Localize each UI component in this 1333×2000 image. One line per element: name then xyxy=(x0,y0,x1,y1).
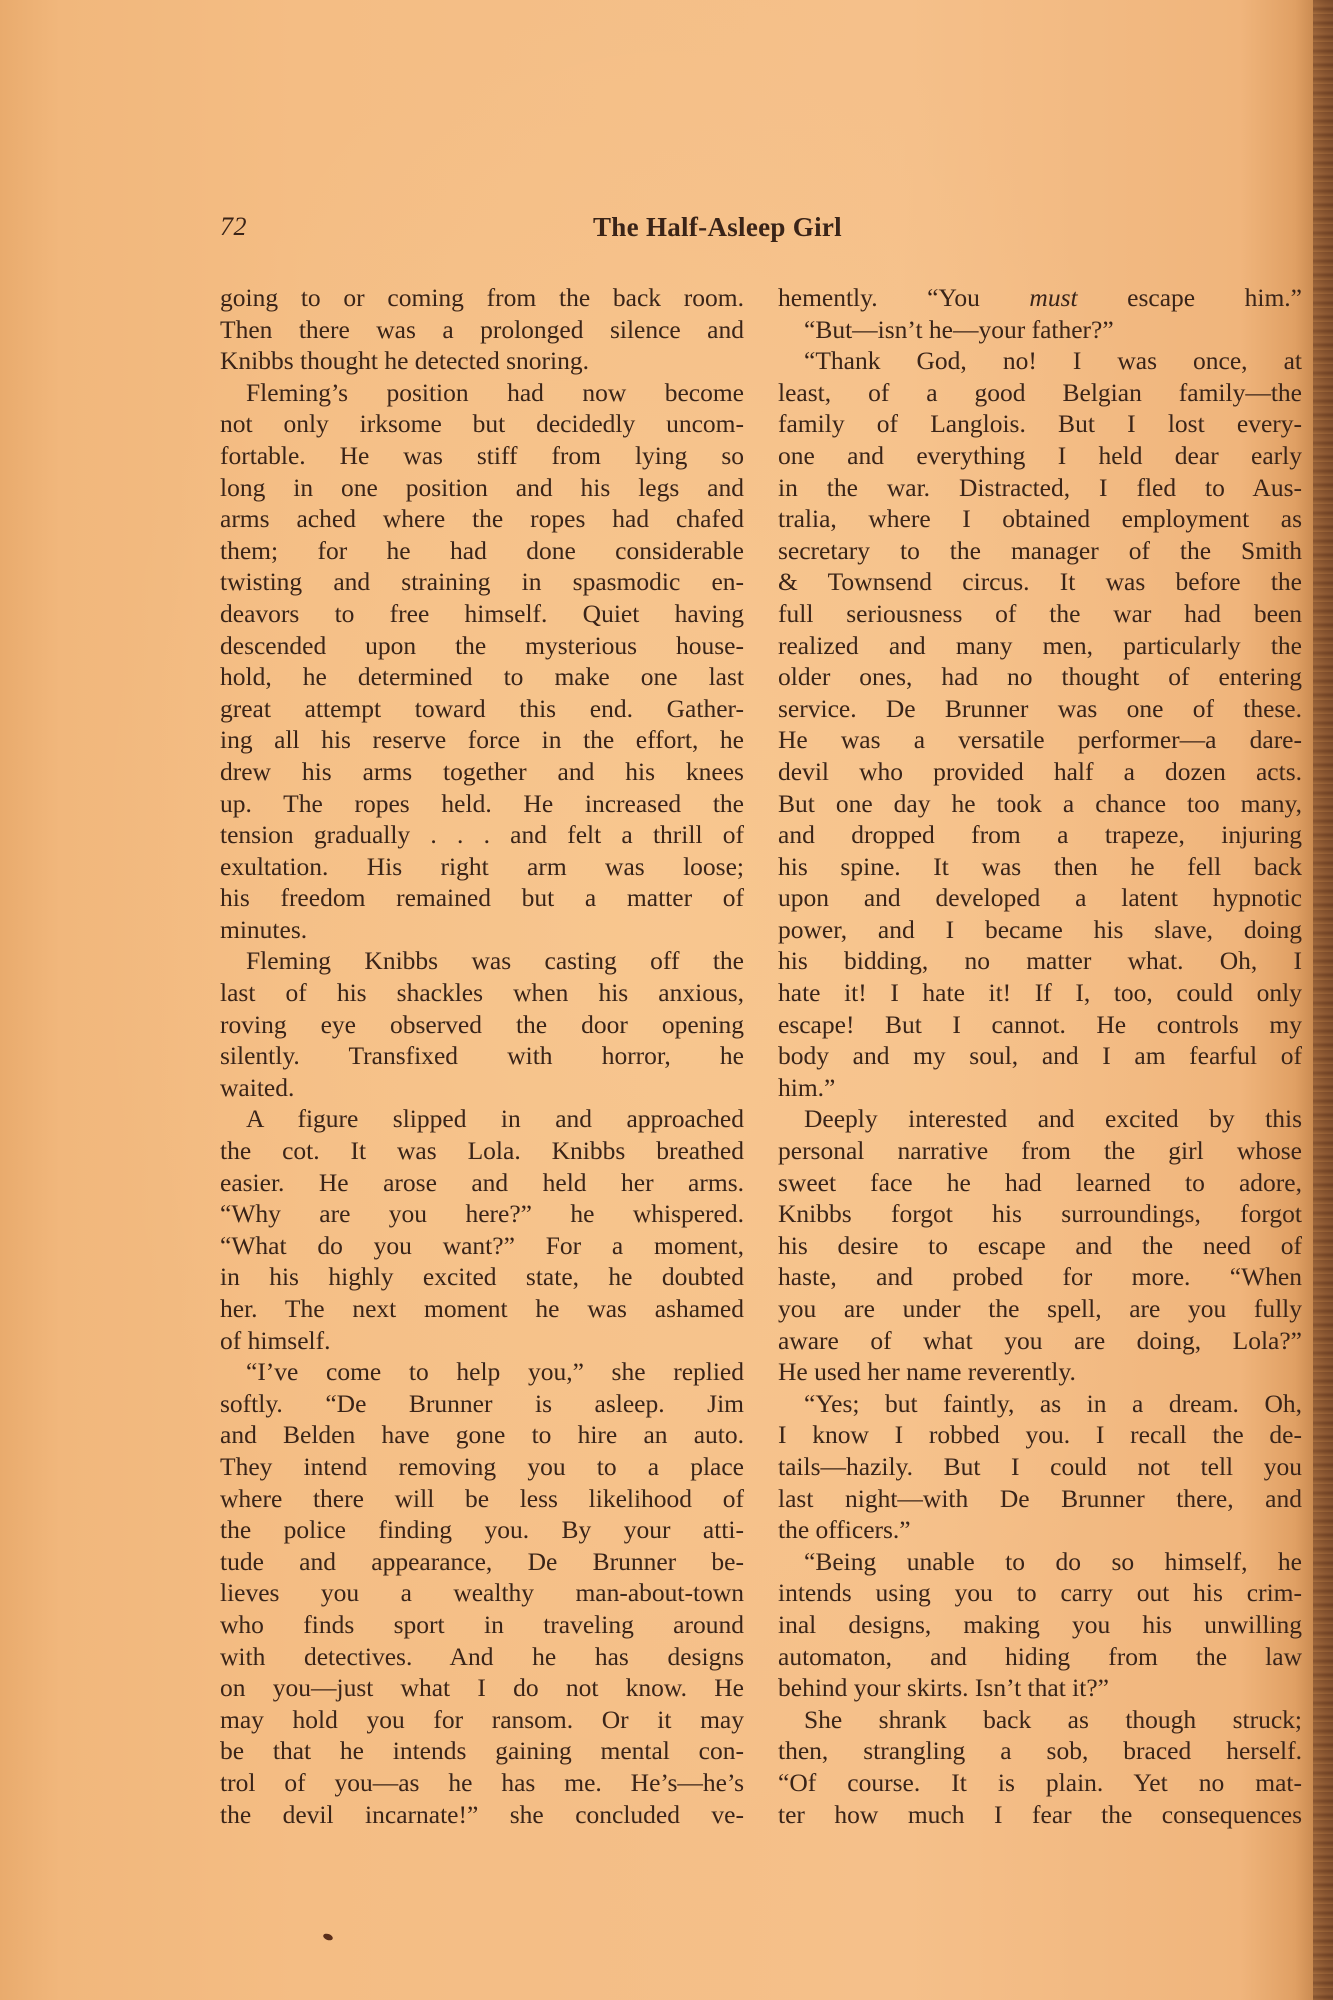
text-line: family of Langlois. But I lost every- xyxy=(778,408,1302,440)
running-header: 72 The Half-Asleep Girl xyxy=(220,212,1302,246)
text-line: “But—isn’t he—your father?” xyxy=(778,314,1302,346)
right-text-column: hemently. “You must escape him.” “But—is… xyxy=(778,282,1302,1830)
text-line: in his highly excited state, he doubted xyxy=(220,1261,744,1293)
text-line: with detectives. And he has designs xyxy=(220,1641,744,1673)
text-line: deavors to free himself. Quiet having xyxy=(220,598,744,630)
page-number: 72 xyxy=(220,212,247,242)
text-line: Deeply interested and excited by this xyxy=(778,1103,1302,1135)
text-line: them; for he had done considerable xyxy=(220,535,744,567)
text-line: & Townsend circus. It was before the xyxy=(778,566,1302,598)
text-line: least, of a good Belgian family—the xyxy=(778,377,1302,409)
text-line: her. The next moment he was ashamed xyxy=(220,1293,744,1325)
text-line: his freedom remained but a matter of xyxy=(220,882,744,914)
text-line: exultation. His right arm was loose; xyxy=(220,851,744,883)
text-line: ter how much I fear the consequences xyxy=(778,1799,1302,1831)
text-line: escape! But I cannot. He controls my xyxy=(778,1009,1302,1041)
text-line: who finds sport in traveling around xyxy=(220,1609,744,1641)
text-line: arms ached where the ropes had chafed xyxy=(220,503,744,535)
text-line: the devil incarnate!” she concluded ve- xyxy=(220,1799,744,1831)
text-line: on you—just what I do not know. He xyxy=(220,1672,744,1704)
text-line: hate it! I hate it! If I, too, could onl… xyxy=(778,977,1302,1009)
text-line: last night—with De Brunner there, and xyxy=(778,1483,1302,1515)
text-line: “What do you want?” For a moment, xyxy=(220,1230,744,1262)
text-line: of himself. xyxy=(220,1325,744,1357)
text-line: service. De Brunner was one of these. xyxy=(778,693,1302,725)
text-line: “Yes; but faintly, as in a dream. Oh, xyxy=(778,1388,1302,1420)
book-spine-edge xyxy=(1313,0,1333,2000)
left-text-column: going to or coming from the back room.Th… xyxy=(220,282,744,1830)
text-line: “Being unable to do so himself, he xyxy=(778,1546,1302,1578)
text-line: A figure slipped in and approached xyxy=(220,1103,744,1135)
text-line: tude and appearance, De Brunner be- xyxy=(220,1546,744,1578)
text-line: and dropped from a trapeze, injuring xyxy=(778,819,1302,851)
text-line: roving eye observed the door opening xyxy=(220,1009,744,1041)
text-line: twisting and straining in spasmodic en- xyxy=(220,566,744,598)
text-line: waited. xyxy=(220,1072,744,1104)
text-line: fortable. He was stiff from lying so xyxy=(220,440,744,472)
text-line: older ones, had no thought of entering xyxy=(778,661,1302,693)
text-line: full seriousness of the war had been xyxy=(778,598,1302,630)
text-line: ing all his reserve force in the effort,… xyxy=(220,724,744,756)
text-line: devil who provided half a dozen acts. xyxy=(778,756,1302,788)
text-line: drew his arms together and his knees xyxy=(220,756,744,788)
text-line: tension gradually . . . and felt a thril… xyxy=(220,819,744,851)
text-line: tails—hazily. But I could not tell you xyxy=(778,1451,1302,1483)
text-fragment: hemently. “You xyxy=(778,283,1029,312)
text-line: hemently. “You must escape him.” xyxy=(778,282,1302,314)
text-line: intends using you to carry out his crim- xyxy=(778,1577,1302,1609)
text-line: and Belden have gone to hire an auto. xyxy=(220,1419,744,1451)
text-line: trol of you—as he has me. He’s—he’s xyxy=(220,1767,744,1799)
text-line: where there will be less likelihood of xyxy=(220,1483,744,1515)
text-line: She shrank back as though struck; xyxy=(778,1704,1302,1736)
text-line: “I’ve come to help you,” she replied xyxy=(220,1356,744,1388)
text-fragment: escape him.” xyxy=(1078,283,1302,312)
text-line: Fleming’s position had now become xyxy=(220,377,744,409)
text-line: He was a versatile performer—a dare- xyxy=(778,724,1302,756)
text-line: Then there was a prolonged silence and xyxy=(220,314,744,346)
text-line: Fleming Knibbs was casting off the xyxy=(220,945,744,977)
text-line: his bidding, no matter what. Oh, I xyxy=(778,945,1302,977)
text-line: “Thank God, no! I was once, at xyxy=(778,345,1302,377)
text-line: great attempt toward this end. Gather- xyxy=(220,693,744,725)
text-line: upon and developed a latent hypnotic xyxy=(778,882,1302,914)
text-line: silently. Transfixed with horror, he xyxy=(220,1040,744,1072)
text-line: going to or coming from the back room. xyxy=(220,282,744,314)
text-line: personal narrative from the girl whose xyxy=(778,1135,1302,1167)
text-line: the cot. It was Lola. Knibbs breathed xyxy=(220,1135,744,1167)
text-line: not only irksome but decidedly uncom- xyxy=(220,408,744,440)
text-line: body and my soul, and I am fearful of xyxy=(778,1040,1302,1072)
text-line: sweet face he had learned to adore, xyxy=(778,1167,1302,1199)
text-line: hold, he determined to make one last xyxy=(220,661,744,693)
text-line: his spine. It was then he fell back xyxy=(778,851,1302,883)
text-line: Knibbs forgot his surroundings, forgot xyxy=(778,1198,1302,1230)
text-line: They intend removing you to a place xyxy=(220,1451,744,1483)
text-line: “Why are you here?” he whispered. xyxy=(220,1198,744,1230)
text-line: He used her name reverently. xyxy=(778,1356,1302,1388)
text-line: may hold you for ransom. Or it may xyxy=(220,1704,744,1736)
text-line: one and everything I held dear early xyxy=(778,440,1302,472)
text-line: be that he intends gaining mental con- xyxy=(220,1735,744,1767)
emphasis-text: must xyxy=(1029,283,1077,312)
text-line: inal designs, making you his unwilling xyxy=(778,1609,1302,1641)
text-line: But one day he took a chance too many, xyxy=(778,788,1302,820)
text-line: lieves you a wealthy man-about-town xyxy=(220,1577,744,1609)
text-line: in the war. Distracted, I fled to Aus- xyxy=(778,472,1302,504)
text-line: Knibbs thought he detected snoring. xyxy=(220,345,744,377)
text-line: realized and many men, particularly the xyxy=(778,630,1302,662)
running-title: The Half-Asleep Girl xyxy=(593,212,842,243)
text-line: “Of course. It is plain. Yet no mat- xyxy=(778,1767,1302,1799)
text-line: automaton, and hiding from the law xyxy=(778,1641,1302,1673)
text-line: behind your skirts. Isn’t that it?” xyxy=(778,1672,1302,1704)
text-line: then, strangling a sob, braced herself. xyxy=(778,1735,1302,1767)
text-line: you are under the spell, are you fully xyxy=(778,1293,1302,1325)
text-line: I know I robbed you. I recall the de- xyxy=(778,1419,1302,1451)
text-line: aware of what you are doing, Lola?” xyxy=(778,1325,1302,1357)
text-line: tralia, where I obtained employment as xyxy=(778,503,1302,535)
text-line: last of his shackles when his anxious, xyxy=(220,977,744,1009)
text-line: his desire to escape and the need of xyxy=(778,1230,1302,1262)
text-line: up. The ropes held. He increased the xyxy=(220,788,744,820)
text-line: minutes. xyxy=(220,914,744,946)
text-line: power, and I became his slave, doing xyxy=(778,914,1302,946)
text-line: softly. “De Brunner is asleep. Jim xyxy=(220,1388,744,1420)
text-line: secretary to the manager of the Smith xyxy=(778,535,1302,567)
text-line: the police finding you. By your atti- xyxy=(220,1514,744,1546)
text-line: descended upon the mysterious house- xyxy=(220,630,744,662)
text-line: the officers.” xyxy=(778,1514,1302,1546)
text-line: him.” xyxy=(778,1072,1302,1104)
text-line: easier. He arose and held her arms. xyxy=(220,1167,744,1199)
text-line: long in one position and his legs and xyxy=(220,472,744,504)
text-line: haste, and probed for more. “When xyxy=(778,1261,1302,1293)
